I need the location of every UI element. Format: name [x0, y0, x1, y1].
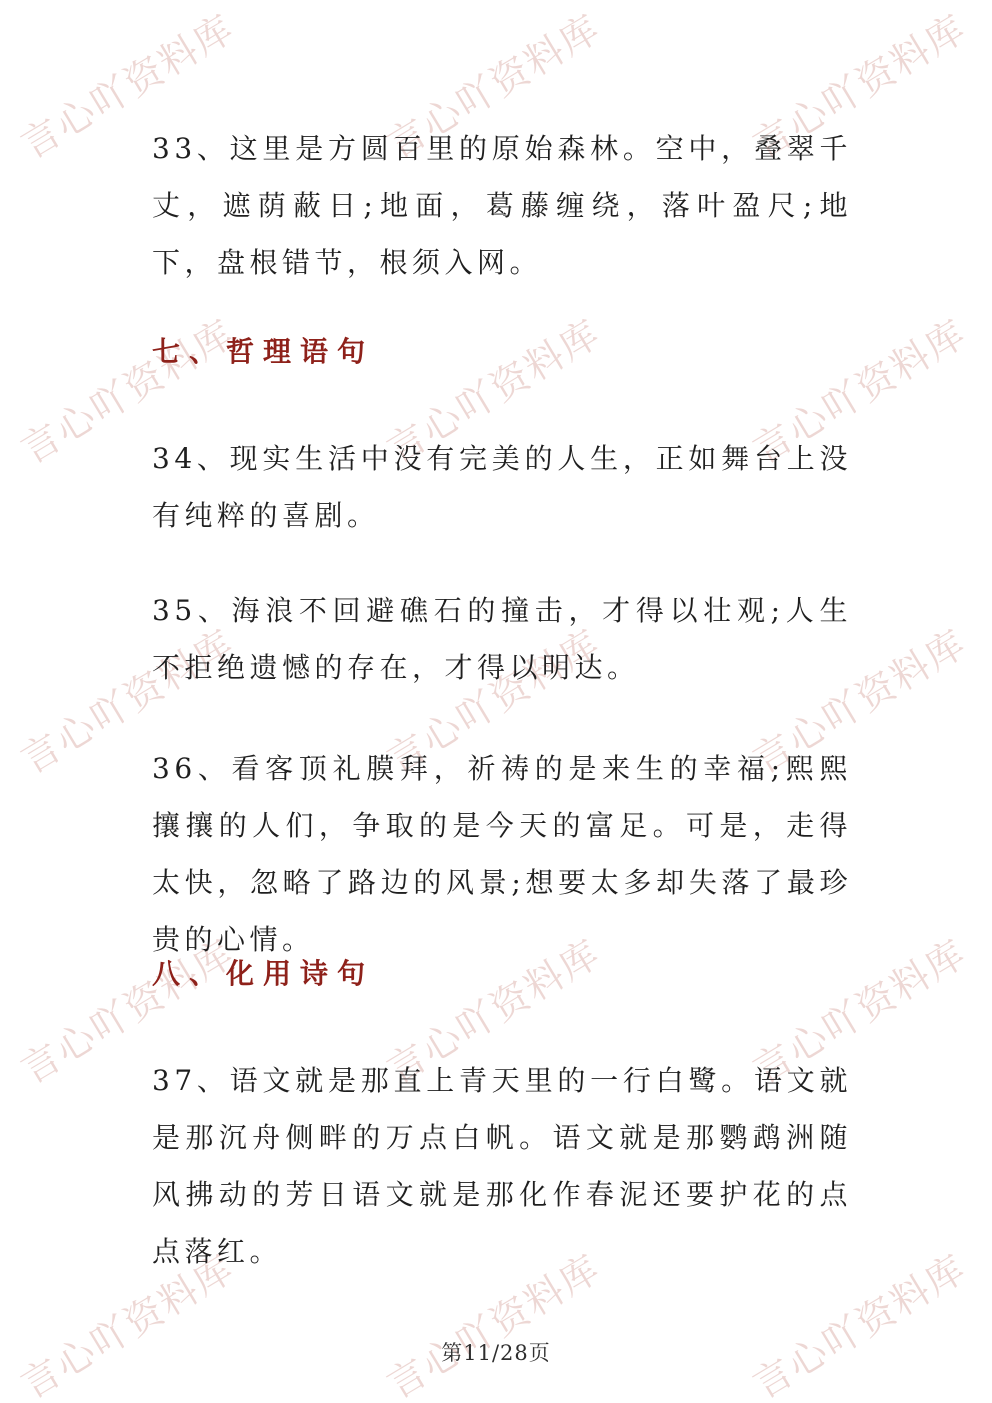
paragraph-37: 37、语文就是那直上青天里的一行白鹭。语文就是那沉舟侧畔的万点白帆。语文就是那鹦… — [152, 1052, 852, 1280]
page-number: 第11/28页 — [0, 1340, 992, 1366]
paragraph-33: 33、这里是方圆百里的原始森林。空中，叠翠千丈，遮荫蔽日;地面，葛藤缠绕，落叶盈… — [152, 120, 852, 291]
paragraph-34: 34、现实生活中没有完美的人生，正如舞台上没有纯粹的喜剧。 — [152, 430, 852, 544]
section-heading-philosophy: 七、哲理语句 — [152, 332, 374, 372]
document-page: 言心吖资料库言心吖资料库言心吖资料库言心吖资料库言心吖资料库言心吖资料库言心吖资… — [0, 0, 992, 1403]
section-heading-poetry: 八、化用诗句 — [152, 954, 374, 994]
paragraph-35: 35、海浪不回避礁石的撞击，才得以壮观;人生不拒绝遗憾的存在，才得以明达。 — [152, 582, 852, 696]
paragraph-36: 36、看客顶礼膜拜，祈祷的是来生的幸福;熙熙攘攘的人们，争取的是今天的富足。可是… — [152, 740, 852, 968]
